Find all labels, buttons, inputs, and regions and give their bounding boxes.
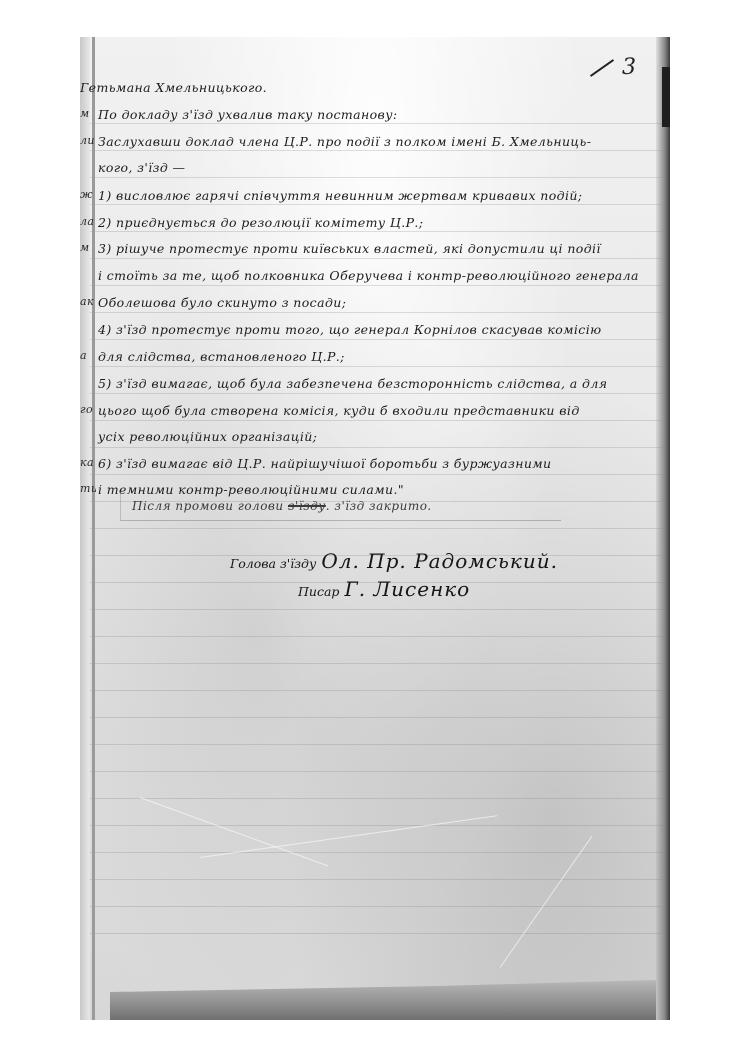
line-text: для слідства, встановленого Ц.Р.; bbox=[98, 349, 345, 364]
struck-word: з'їзду bbox=[288, 499, 326, 513]
signature-name: Ол. Пр. Радомський. bbox=[321, 549, 558, 573]
page-bottom-shadow bbox=[110, 980, 656, 1020]
line-text: По докладу з'їзд ухвалив таку постанову: bbox=[98, 107, 398, 122]
margin-rule bbox=[92, 37, 95, 1020]
closing-suffix: . з'їзд закрито. bbox=[326, 499, 432, 513]
line-text: Оболешова було скинуто з посади; bbox=[98, 295, 346, 310]
margin-note: м bbox=[80, 107, 96, 120]
margin-note: ли bbox=[80, 134, 96, 147]
margin-note: го bbox=[80, 403, 96, 416]
margin-note: ка bbox=[80, 456, 96, 469]
line-text: усіх революційних організацій; bbox=[98, 429, 317, 444]
line-text: Гетьмана Хмельницького. bbox=[80, 80, 267, 95]
margin-note: ж bbox=[80, 188, 96, 201]
page-right-edge bbox=[656, 37, 670, 1020]
signature-chairman: Голова з'їзду Ол. Пр. Радомський. bbox=[230, 549, 558, 573]
line-text: Заслухавши доклад члена Ц.Р. про події з… bbox=[98, 134, 591, 149]
line-text: 4) з'їзд протестує проти того, що генера… bbox=[98, 322, 602, 337]
folio-strike-mark bbox=[590, 59, 614, 77]
closing-note: Після промови голови з'їзду. з'їзд закри… bbox=[132, 499, 432, 513]
signature-secretary: Писар Г. Лисенко bbox=[298, 577, 470, 601]
line-text: 2) приєднується до резолюції комітету Ц.… bbox=[98, 215, 423, 230]
line-text: 1) висловлює гарячі співчуття невинним ж… bbox=[98, 188, 582, 203]
margin-note: ла bbox=[80, 215, 96, 228]
document-scan: 3 Гетьмана Хмельницького. м По докладу з… bbox=[80, 37, 670, 1020]
signature-role: Голова з'їзду bbox=[230, 556, 316, 571]
line-text: кого, з'їзд — bbox=[98, 160, 185, 175]
page-left-edge bbox=[80, 37, 90, 1020]
line-text: 6) з'їзд вимагає від Ц.Р. найрішучішої б… bbox=[98, 456, 552, 471]
signature-name: Г. Лисенко bbox=[345, 577, 471, 601]
line-text: 3) рішуче протестує проти київських влас… bbox=[98, 241, 601, 256]
signature-role: Писар bbox=[298, 584, 339, 599]
line-text: 5) з'їзд вимагає, щоб була забезпечена б… bbox=[98, 376, 607, 391]
line-text: цього щоб була створена комісія, куди б … bbox=[98, 403, 580, 418]
margin-note: ти bbox=[80, 482, 96, 495]
margin-note: м bbox=[80, 241, 96, 254]
margin-note: а bbox=[80, 349, 96, 362]
closing-prefix: Після промови голови bbox=[132, 499, 284, 513]
line-text: і стоїть за те, щоб полковника Оберучева… bbox=[98, 268, 639, 283]
folio-number: 3 bbox=[588, 55, 636, 80]
margin-note: ак bbox=[80, 295, 96, 308]
